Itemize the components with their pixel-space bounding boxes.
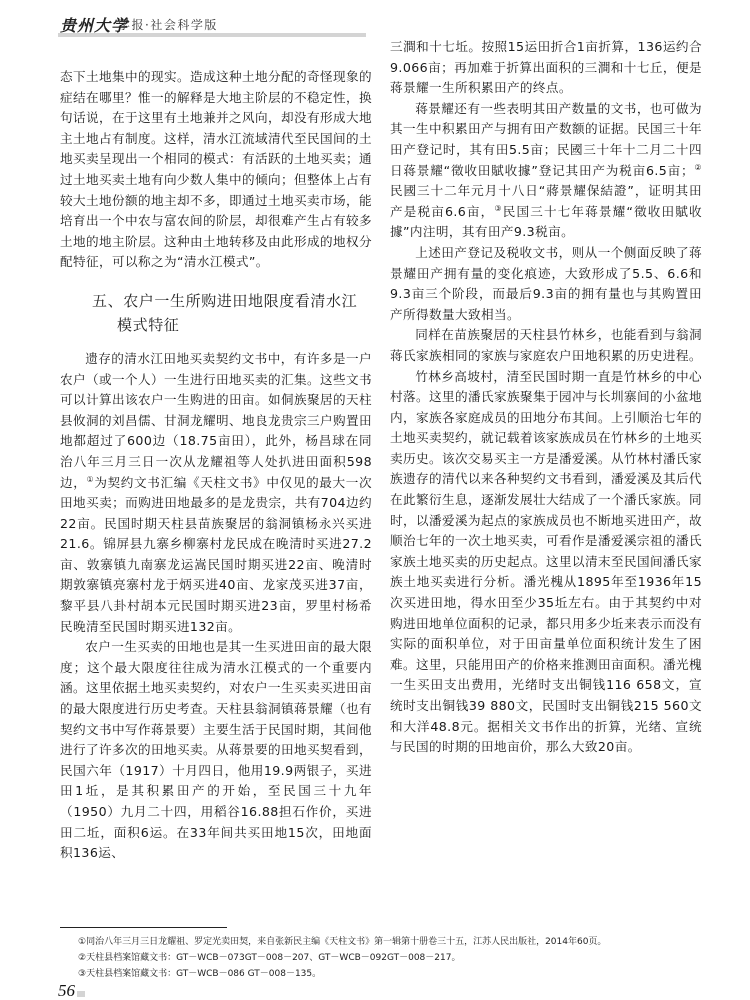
footnote-1: ①同治八年三月三日龙耀祖、罗定光卖田契，来自张新民主编《天柱文书》第一辑第十册卷…: [78, 934, 738, 950]
paragraph: 同样在苗族聚居的天柱县竹林乡，也能看到与翁洞蒋氏家族相同的家族与家庭农户田地积累…: [390, 325, 702, 366]
paragraph-text: 蒋景耀还有一些表明其田产数量的文书，也可做为其一生中积累田产与拥有田产数额的证据…: [390, 101, 702, 178]
paragraph: 态下土地集中的现实。造成这种土地分配的奇怪现象的症结在哪里？惟一的解释是大地主阶…: [60, 67, 372, 273]
journal-subtitle: 学报·社会科学版: [118, 16, 218, 33]
footnote-ref-3[interactable]: ③: [494, 204, 502, 213]
paragraph-text: 遗存的清水江田地买卖契约文书中，有许多是一户农户（或一个人）一生进行田地买卖的汇…: [60, 351, 372, 490]
footnote-ref-2[interactable]: ②: [694, 163, 702, 172]
paragraph: 竹林乡高坡村，清至民国时期一直是竹林乡的中心村落。这里的潘氏家族聚集于园冲与长圳…: [390, 367, 702, 758]
left-column: 态下土地集中的现实。造成这种土地分配的奇怪现象的症结在哪里？惟一的解释是大地主阶…: [60, 67, 372, 864]
footnotes: ①同治八年三月三日龙耀祖、罗定光卖田契，来自张新民主编《天柱文书》第一辑第十册卷…: [78, 934, 738, 982]
footnote-3: ③天柱县档案馆藏文书：GT－WCB－086 GT－008－135。: [78, 966, 738, 982]
page-number: 56: [58, 981, 75, 1000]
paragraph: 遗存的清水江田地买卖契约文书中，有许多是一户农户（或一个人）一生进行田地买卖的汇…: [60, 349, 372, 637]
running-header: 贵州大学 学报·社会科学版: [58, 6, 368, 36]
paragraph: 三澗和十七坵。按照15运田折合1亩折算，136运约合9.066亩；再加难于折算出…: [390, 37, 702, 99]
footnote-2: ②天柱县档案馆藏文书：GT－WCB－073GT－008－207、GT－WCB－0…: [78, 950, 738, 966]
section-heading: 五、农户一生所购进田地限度看清水江 模式特征: [60, 289, 372, 337]
right-column: 三澗和十七坵。按照15运田折合1亩折算，136运约合9.066亩；再加难于折算出…: [390, 37, 702, 758]
paragraph-text: 为契约文书汇编《天柱文书》中仅见的最大一次田地买卖；而购进田地最多的是龙贵宗，共…: [60, 475, 372, 634]
paragraph: 蒋景耀还有一些表明其田产数量的文书，也可做为其一生中积累田产与拥有田产数额的证据…: [390, 99, 702, 243]
footnote-divider: [60, 927, 227, 928]
header-rule: [58, 33, 366, 37]
section-heading-line1: 五、农户一生所购进田地限度看清水江: [92, 292, 357, 310]
section-heading-line2: 模式特征: [92, 313, 372, 337]
paragraph: 农户一生买卖的田地也是其一生买进田亩的最大限度；这个最大限度往往成为清水江模式的…: [60, 637, 372, 864]
paragraph: 上述田产登记及税收文书，则从一个侧面反映了蒋景耀田产拥有量的变化痕迹，大致形成了…: [390, 243, 702, 325]
page-number-bar: [77, 991, 85, 997]
